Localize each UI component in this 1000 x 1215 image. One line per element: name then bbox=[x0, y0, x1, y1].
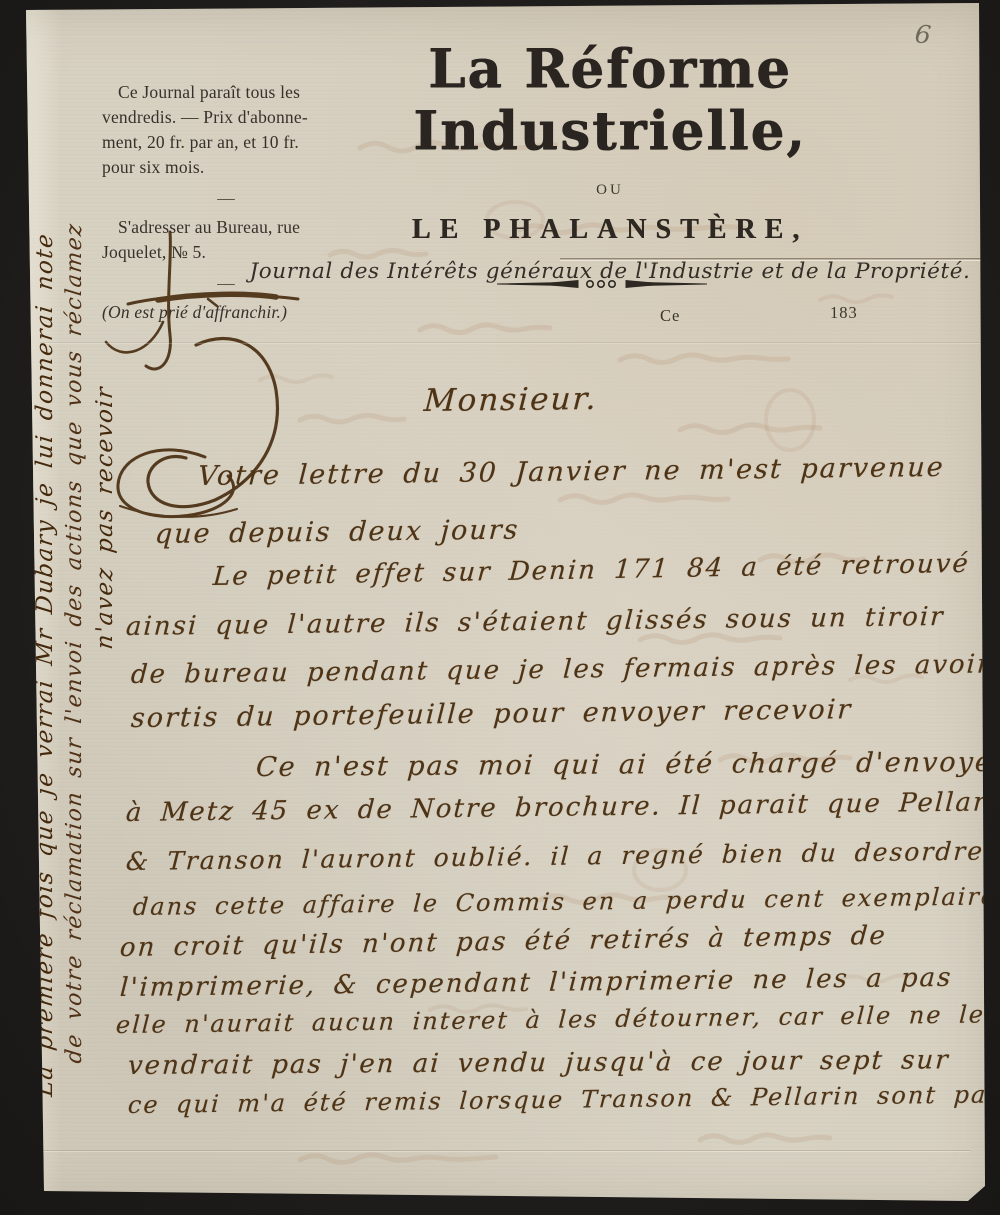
date-prefix: Ce bbox=[660, 306, 680, 326]
handwritten-line: sortis du portefeuille pour envoyer rece… bbox=[130, 694, 853, 734]
handwritten-line: Le petit effet sur Denin 171 84 a été re… bbox=[212, 549, 971, 592]
handwritten-line: & Transon l'auront oublié. il a regné bi… bbox=[125, 837, 985, 877]
handwritten-line: ainsi que l'autre ils s'étaient glissés … bbox=[125, 602, 945, 642]
handwritten-line: l'imprimerie, & cependant l'imprimerie n… bbox=[119, 963, 953, 1003]
letter-sheet: Ce Journal paraît tous les vendredis. — … bbox=[0, 0, 1000, 1215]
journal-title: La Réforme Industrielle, bbox=[240, 38, 980, 162]
handwritten-line: ce qui m'a été remis lorsque Transon & P… bbox=[127, 1080, 1000, 1119]
journal-name: LE PHALANSTÈRE, bbox=[240, 214, 980, 246]
handwritten-line: on croit qu'ils n'ont pas été retirés à … bbox=[119, 921, 888, 963]
masthead: La Réforme Industrielle, OU LE PHALANSTÈ… bbox=[240, 38, 980, 284]
journal-tagline: Journal des Intérêts généraux de l'Indus… bbox=[240, 259, 980, 284]
handwritten-line: de bureau pendant que je les fermais apr… bbox=[130, 649, 992, 690]
handwritten-line: Votre lettre du 30 Janvier ne m'est parv… bbox=[197, 452, 945, 492]
journal-ou: OU bbox=[240, 182, 980, 199]
paper-crease bbox=[40, 342, 980, 344]
handwritten-line: dans cette affaire le Commis en a perdu … bbox=[132, 882, 1000, 921]
handwritten-line: à Metz 45 ex de Notre brochure. Il parai… bbox=[125, 787, 1000, 828]
page-number-annotation: 6 bbox=[914, 19, 933, 50]
paper-crease bbox=[40, 1150, 970, 1152]
handwritten-line: elle n'aurait aucun interet à les détour… bbox=[115, 1000, 1000, 1039]
handwritten-line: Ce n'est pas moi qui ai été chargé d'env… bbox=[255, 747, 1000, 783]
handwritten-line: que depuis deux jours bbox=[154, 515, 520, 550]
marginalia-line: de votre réclamation sur l'envoi des act… bbox=[62, 221, 87, 1064]
marginalia-line: La premiere fois que je verrai Mr Dubary… bbox=[32, 231, 58, 1097]
marginalia-line: n'avez pas recevoir bbox=[92, 385, 118, 651]
date-year-partial: 183 bbox=[830, 303, 858, 323]
handwritten-line-salutation: Monsieur. bbox=[423, 381, 599, 419]
handwritten-line: vendrait pas j'en ai vendu jusqu'à ce jo… bbox=[127, 1045, 951, 1081]
info-line-affranchir: (On est prié d'affranchir.) bbox=[102, 300, 350, 325]
